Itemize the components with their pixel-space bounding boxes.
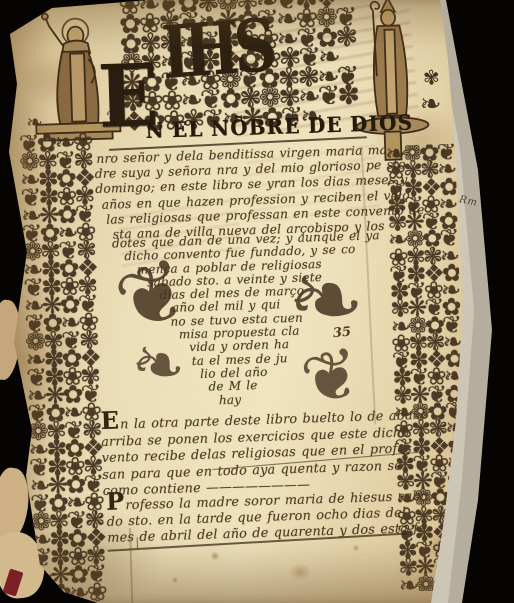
photo-background: Rm ❧ xyxy=(0,0,514,603)
svg-text:❧: ❧ xyxy=(26,110,44,135)
manuscript-page: ❧ ❦ ❧ ✾ xyxy=(0,0,514,603)
paragraph-profession-record: Professo la madre soror maria de hiesus … xyxy=(106,484,420,547)
svg-text:❧: ❧ xyxy=(419,89,442,120)
marginal-number: 35 xyxy=(332,325,352,342)
paragraph-opening: nro señor y dela benditissa virgen maria… xyxy=(94,143,389,243)
ihs-monogram: IHS xyxy=(160,3,274,96)
paragraph-initial: P xyxy=(106,486,125,516)
page-content: ❧ ❦ ❧ ✾ xyxy=(0,0,514,603)
svg-text:✾: ✾ xyxy=(423,65,441,90)
paragraph-initial: E xyxy=(100,405,119,435)
foliate-border-left: ❦✿❧❀❁✾❦❃❧✽✿❖❦✽❀✾❧❋✿❦❦✿❧❀❁✾❦❃❧✽✿❖❦✽❀✾❧❋✿❦… xyxy=(19,133,112,603)
margin-tick: | xyxy=(135,536,139,549)
